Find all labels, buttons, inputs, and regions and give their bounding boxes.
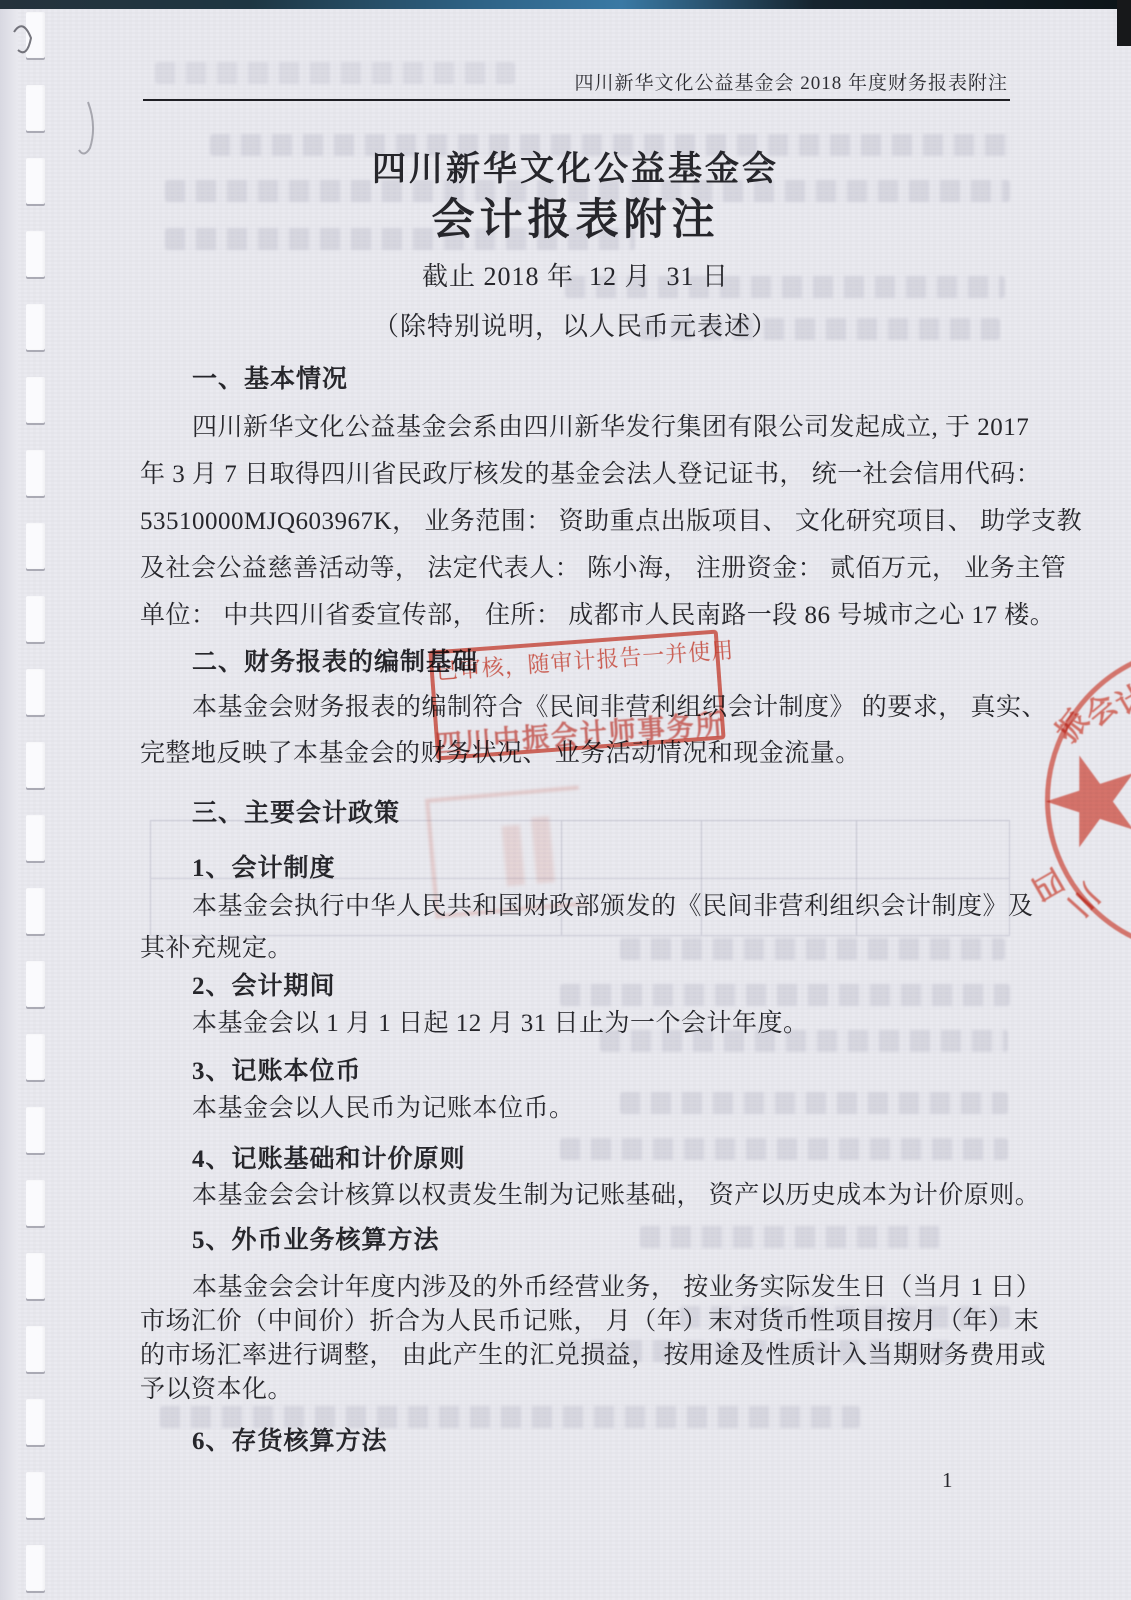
binding-hole xyxy=(26,450,45,496)
binding-hole xyxy=(26,304,45,350)
scanner-edge-band xyxy=(0,0,1131,9)
binding-hole xyxy=(26,523,45,569)
paragraph: 本基金会以 1 月 1 日起 12 月 31 日止为一个会计年度。 xyxy=(140,1003,1011,1045)
binding-hole xyxy=(26,1545,45,1591)
paragraph: 本基金会会计核算以权责发生制为记账基础， 资产以历史成本为计价原则。 xyxy=(140,1175,1011,1217)
paragraph: 本基金会以人民币为记账本位币。 xyxy=(140,1088,1011,1130)
scanned-document-page: 四川新华文化公益基金会 2018 年度财务报表附注 四川新华文化公益基金会 会计… xyxy=(0,0,1131,1600)
document-title: 会计报表附注 xyxy=(140,186,1011,247)
bleed-through-text xyxy=(155,62,515,84)
document-header: 四川新华文化公益基金会 2018 年度财务报表附注 xyxy=(574,68,1008,95)
text-line: 四川新华文化公益基金会系由四川新华发行集团有限公司发起成立, 于 2017 xyxy=(140,404,1011,451)
binding-hole xyxy=(26,1180,45,1226)
audit-stamp-line1: 已审核，随审计报告一并使用 xyxy=(435,635,715,686)
paragraph: 本基金会会计年度内涉及的外币经营业务， 按业务实际发生日（当月 1 日）市场汇价… xyxy=(140,1271,1011,1407)
currency-note: （除特别说明，以人民币元表述） xyxy=(140,306,1011,343)
text-line: 本基金会以人民币为记账本位币。 xyxy=(140,1088,1011,1130)
text-line: 及社会公益慈善活动等， 法定代表人： 陈小海， 注册资金： 贰佰万元， 业务主管 xyxy=(140,545,1011,592)
section-heading: 1、会计制度 xyxy=(140,852,1063,886)
binding-hole xyxy=(26,596,45,642)
binding-hole xyxy=(26,377,45,423)
text-line: 本基金会以 1 月 1 日起 12 月 31 日止为一个会计年度。 xyxy=(140,1003,1011,1045)
text-line: 市场汇价（中间价）折合为人民币记账， 月（年）末对货币性项目按月（年）末 xyxy=(140,1305,1011,1339)
section-heading: 3、记账本位币 xyxy=(140,1055,1063,1089)
audit-stamp: 已审核，随审计报告一并使用 四川中振会计师事务所 xyxy=(428,630,725,761)
text-line: 本基金会会计核算以权责发生制为记账基础， 资产以历史成本为计价原则。 xyxy=(140,1175,1011,1217)
scanner-corner-shadow xyxy=(1117,0,1131,46)
page-left-edge-shading xyxy=(0,0,18,1600)
section-heading: 一、基本情况 xyxy=(140,363,1063,397)
binding-hole xyxy=(26,1107,45,1153)
binding-hole xyxy=(26,1326,45,1372)
text-line: 其补充规定。 xyxy=(140,928,1011,970)
text-line: 的市场汇率进行调整， 由此产生的汇兑损益， 按用途及性质计入当期财务费用或 xyxy=(140,1339,1011,1373)
binding-hole xyxy=(26,1472,45,1518)
section-heading: 三、主要会计政策 xyxy=(140,797,1063,831)
text-line: 年 3 月 7 日取得四川省民政厅核发的基金会法人登记证书， 统一社会信用代码： xyxy=(140,451,1011,498)
binding-hole xyxy=(26,1399,45,1445)
section-heading: 2、会计期间 xyxy=(140,970,1063,1004)
text-line: 本基金会执行中华人民共和国财政部颁发的《民间非营利组织会计制度》及 xyxy=(140,886,1011,928)
section-heading: 4、记账基础和计价原则 xyxy=(140,1143,1063,1177)
text-line: 单位： 中共四川省委宣传部， 住所： 成都市人民南路一段 86 号城市之心 17… xyxy=(140,592,1011,639)
text-line: 予以资本化。 xyxy=(140,1373,1011,1407)
header-rule xyxy=(143,99,1010,101)
binding-hole xyxy=(26,888,45,934)
binding-hole xyxy=(26,742,45,788)
page-number: 1 xyxy=(942,1468,953,1493)
as-of-date: 截止 2018 年 12 月 31 日 xyxy=(140,256,1011,293)
pen-scratch-mark xyxy=(0,10,130,170)
binding-hole xyxy=(26,1034,45,1080)
section-heading: 5、外币业务核算方法 xyxy=(140,1224,1063,1258)
binding-hole xyxy=(26,961,45,1007)
organization-title: 四川新华文化公益基金会 xyxy=(140,141,1011,190)
binding-hole xyxy=(26,815,45,861)
paragraph: 四川新华文化公益基金会系由四川新华发行集团有限公司发起成立, 于 2017年 3… xyxy=(140,404,1011,639)
section-heading: 6、存货核算方法 xyxy=(140,1425,1063,1459)
binding-hole xyxy=(26,669,45,715)
binding-hole xyxy=(26,1253,45,1299)
text-line: 本基金会会计年度内涉及的外币经营业务， 按业务实际发生日（当月 1 日） xyxy=(140,1271,1011,1305)
paragraph: 本基金会执行中华人民共和国财政部颁发的《民间非营利组织会计制度》及其补充规定。 xyxy=(140,886,1011,970)
text-line: 53510000MJQ603967K， 业务范围： 资助重点出版项目、 文化研究… xyxy=(140,498,1011,545)
binding-hole xyxy=(26,231,45,277)
